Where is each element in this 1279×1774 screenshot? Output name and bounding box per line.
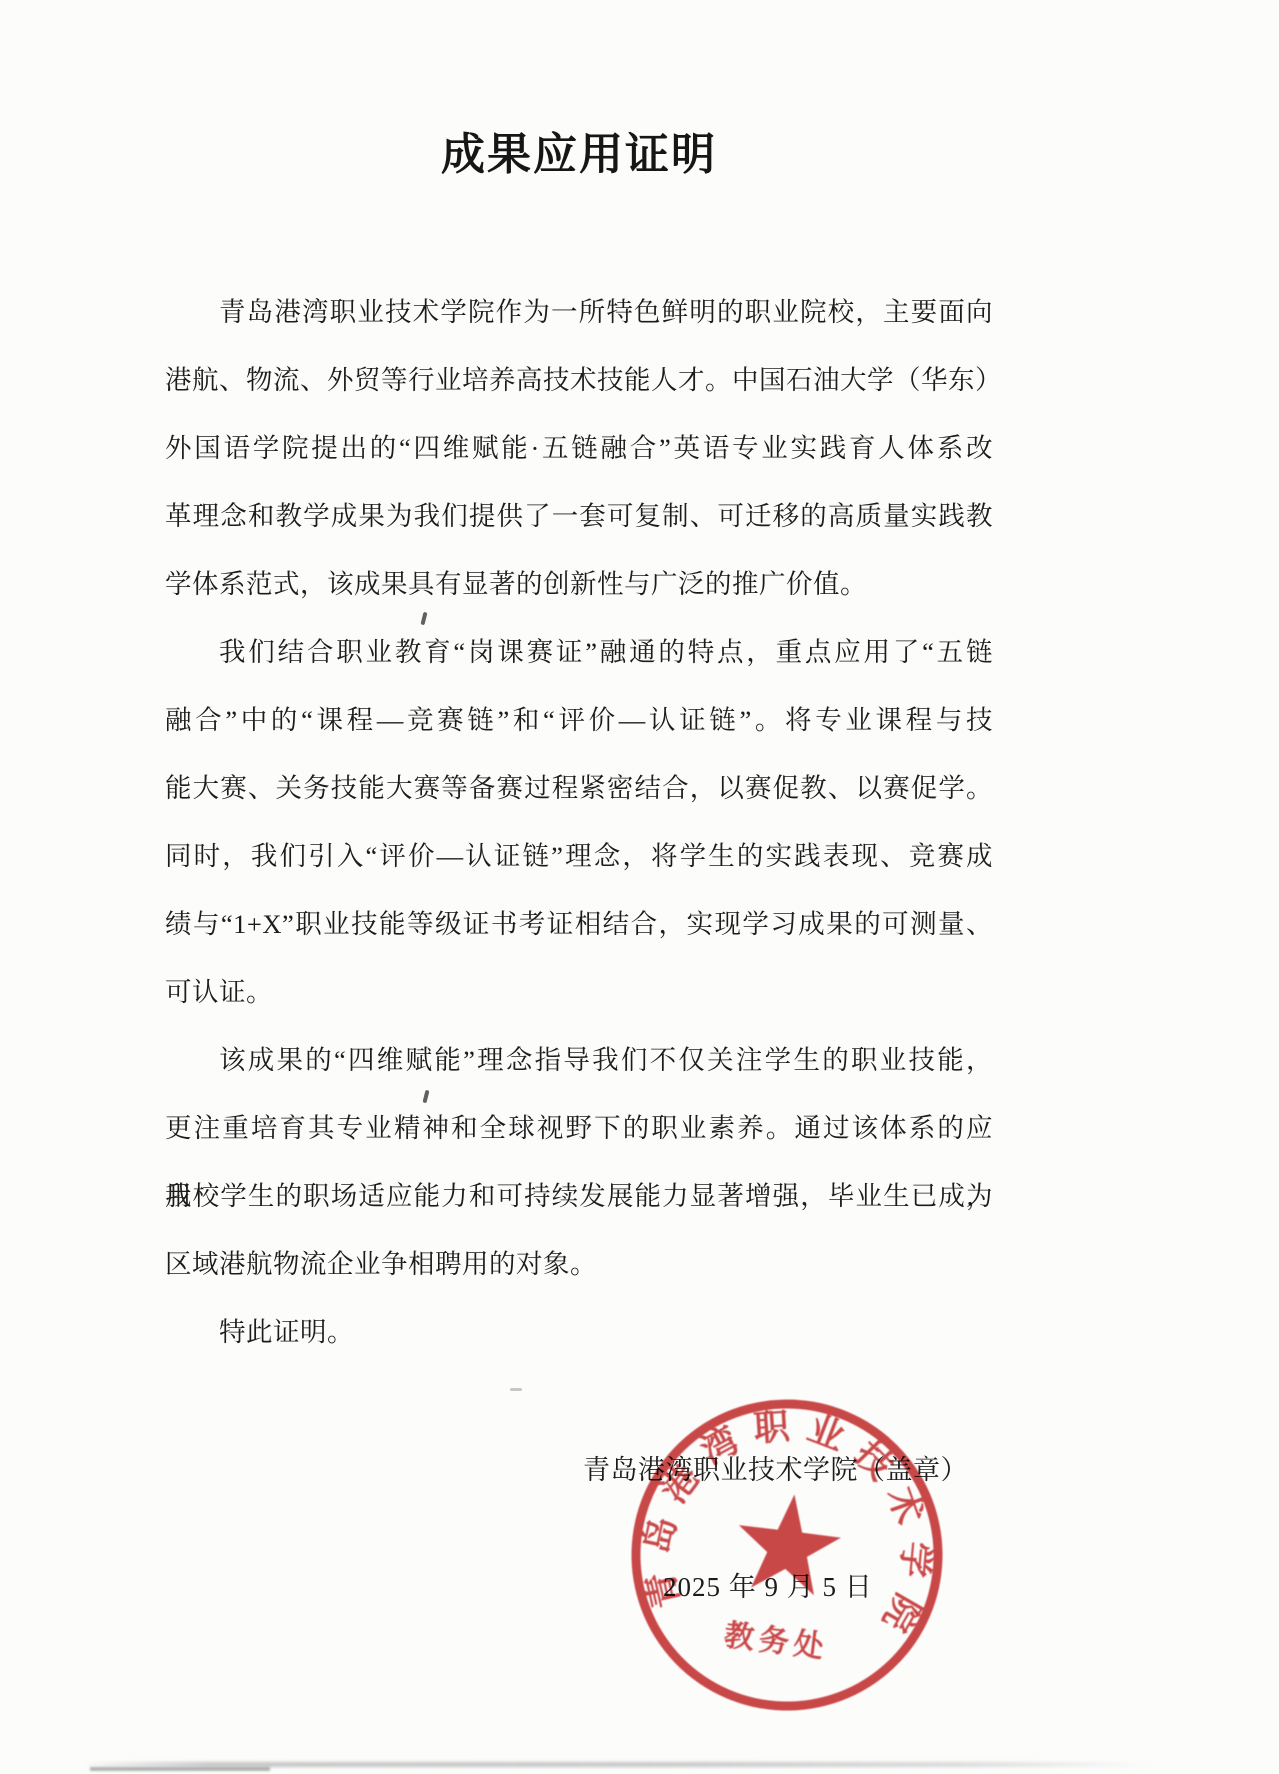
signature-issuer: 青岛港湾职业技术学院（盖章） [165,1448,993,1492]
body-line: 学体系范式，该成果具有显著的创新性与广泛的推广价值。 [165,550,993,618]
body-line: 区域港航物流企业争相聘用的对象。 [165,1230,993,1298]
body-line: 外国语学院提出的“四维赋能·五链融合”英语专业实践育人体系改 [165,414,993,482]
official-seal-stamp: 青岛港湾职业技术学院 教务处 [603,1371,971,1739]
scan-artifact-bottom-streak [80,1762,1150,1767]
document-page: 成果应用证明 青岛港湾职业技术学院作为一所特色鲜明的职业院校，主要面向 港航、物… [0,0,1279,1774]
seal-graphic: 青岛港湾职业技术学院 教务处 [603,1371,971,1739]
document-body: 青岛港湾职业技术学院作为一所特色鲜明的职业院校，主要面向 港航、物流、外贸等行业… [165,278,993,1366]
seal-ring [619,1387,956,1724]
scan-artifact-dash [510,1388,522,1391]
body-line: 融合”中的“课程—竞赛链”和“评价—认证链”。将专业课程与技 [165,686,993,754]
document-title: 成果应用证明 [165,130,993,181]
body-line: 绩与“1+X”职业技能等级证书考证相结合，实现学习成果的可测量、 [165,890,993,958]
paragraph: 该成果的“四维赋能”理念指导我们不仅关注学生的职业技能， 更注重培育其专业精神和… [165,1026,993,1298]
body-line: 特此证明。 [165,1298,993,1366]
body-line: 可认证。 [165,958,993,1026]
body-line: 同时，我们引入“评价—认证链”理念，将学生的实践表现、竞赛成 [165,822,993,890]
body-line: 我们结合职业教育“岗课赛证”融通的特点，重点应用了“五链 [165,618,993,686]
signature-date: 2025 年 9 月 5 日 [663,1568,873,1606]
body-line: 更注重培育其专业精神和全球视野下的职业素养。通过该体系的应用， [165,1094,993,1162]
paragraph: 我们结合职业教育“岗课赛证”融通的特点，重点应用了“五链 融合”中的“课程—竞赛… [165,618,993,1026]
body-line: 港航、物流、外贸等行业培养高技术技能人才。中国石油大学（华东） [165,346,993,414]
body-line: 革理念和教学成果为我们提供了一套可复制、可迁移的高质量实践教 [165,482,993,550]
body-line: 青岛港湾职业技术学院作为一所特色鲜明的职业院校，主要面向 [165,278,993,346]
seal-organization-arc: 青岛港湾职业技术学院 [628,1388,953,1654]
body-line: 我校学生的职场适应能力和可持续发展能力显著增强，毕业生已成为 [165,1162,993,1230]
seal-department-text: 教务处 [722,1619,830,1665]
seal-organization-text: 青岛港湾职业技术学院 [628,1388,953,1654]
paragraph: 特此证明。 [165,1298,993,1366]
scan-artifact-bottom-streak [90,1767,270,1771]
paragraph: 青岛港湾职业技术学院作为一所特色鲜明的职业院校，主要面向 港航、物流、外贸等行业… [165,278,993,618]
body-line: 能大赛、关务技能大赛等备赛过程紧密结合，以赛促教、以赛促学。 [165,754,993,822]
body-line: 该成果的“四维赋能”理念指导我们不仅关注学生的职业技能， [165,1026,993,1094]
